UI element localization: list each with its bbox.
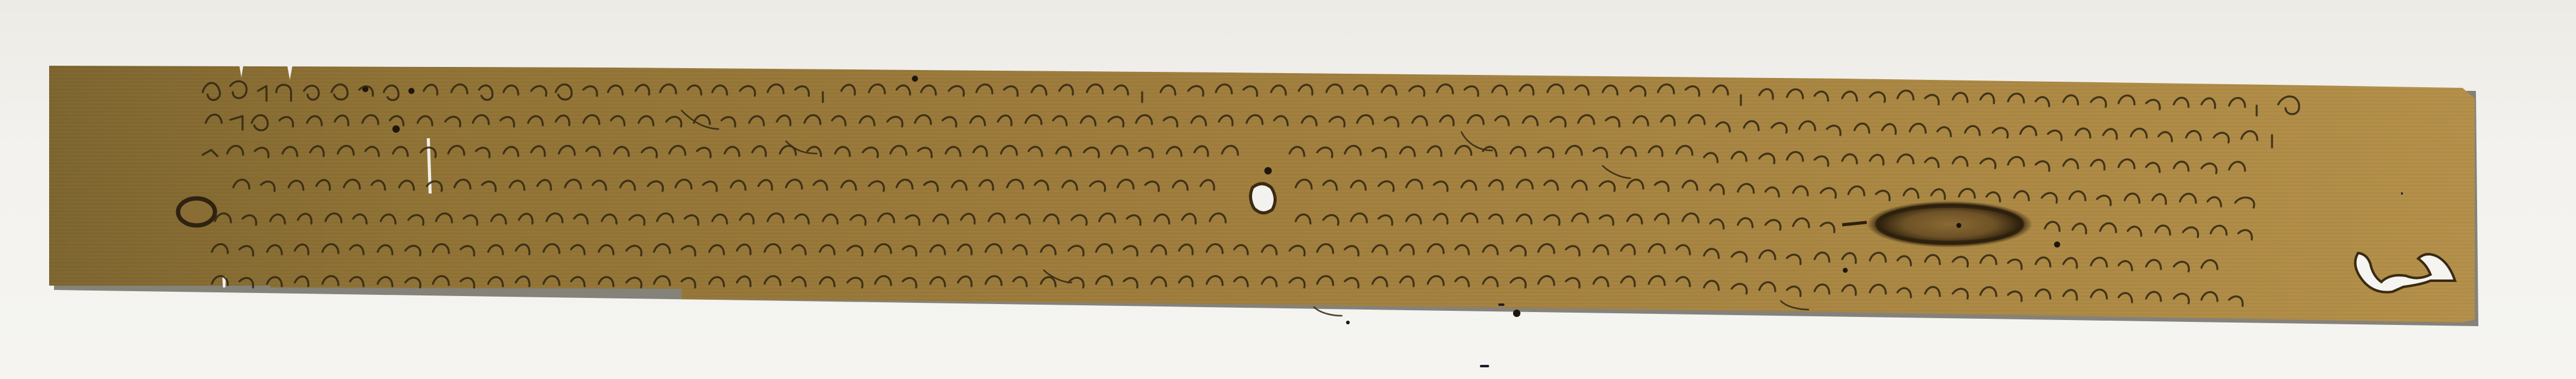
- string-hole-icon: [1250, 184, 1275, 213]
- burn-mark-icon: [1867, 201, 2033, 248]
- speck: [2401, 192, 2403, 195]
- manuscript-drawing: [0, 0, 2576, 379]
- ink-ring-hole-icon: [178, 198, 215, 225]
- speck: [1480, 365, 1489, 367]
- pin-hole-icon: [1264, 167, 1272, 174]
- speck: [1498, 303, 1504, 306]
- palm-leaf-manuscript: Palm-leaf manuscript Odia (handwritten, …: [0, 0, 2576, 379]
